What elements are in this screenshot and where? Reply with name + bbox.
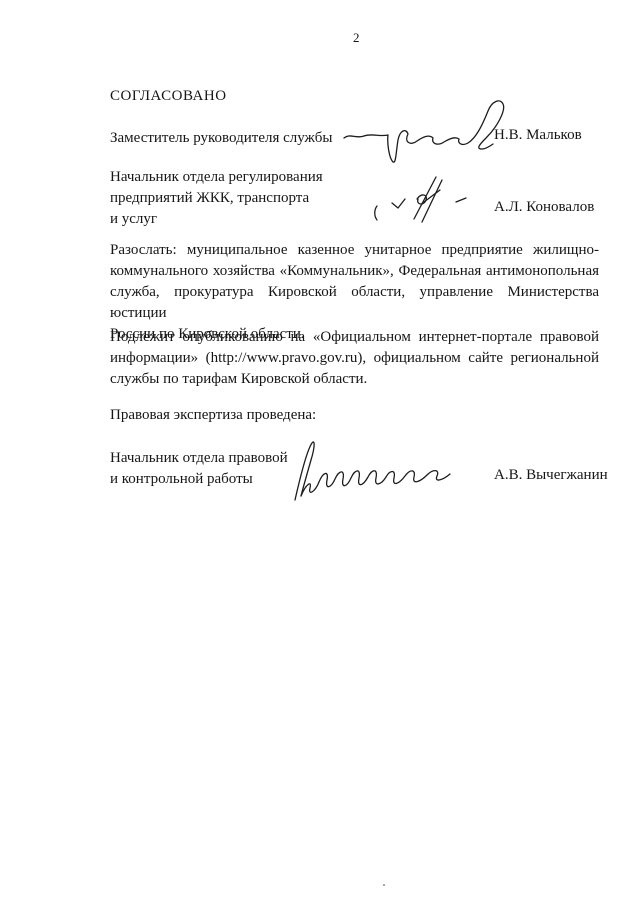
signature-vychegzhanin-icon xyxy=(283,438,461,504)
signatory-title-line: Начальник отдела правовой xyxy=(110,448,288,469)
approval-heading: СОГЛАСОВАНО xyxy=(110,88,227,105)
paragraph-line: Подлежит опубликованию на «Официальном и… xyxy=(110,327,599,348)
signatory-name: А.Л. Коновалов xyxy=(494,199,594,216)
paragraph-line: службы по тарифам Кировской области. xyxy=(110,369,599,390)
document-page: 2 СОГЛАСОВАНО Заместитель руководителя с… xyxy=(0,0,640,905)
signatory-title: Начальник отдела регулирования предприят… xyxy=(110,167,323,230)
signatory-name: А.В. Вычегжанин xyxy=(494,467,608,484)
signatory-title-line: и услуг xyxy=(110,209,323,230)
publication-paragraph: Подлежит опубликованию на «Официальном и… xyxy=(110,327,599,390)
scan-speck xyxy=(383,884,385,886)
paragraph-line: служба, прокуратура Кировской области, у… xyxy=(110,282,599,324)
paragraph-line: Разослать: муниципальное казенное унитар… xyxy=(110,240,599,261)
page-number: 2 xyxy=(353,30,360,46)
paragraph-line: информации» (http://www.pravo.gov.ru), о… xyxy=(110,348,599,369)
legal-review-heading: Правовая экспертиза проведена: xyxy=(110,405,316,426)
signatory-title-line: Заместитель руководителя службы xyxy=(110,128,332,149)
signature-konovalov-icon xyxy=(372,172,476,226)
signatory-title: Начальник отдела правовой и контрольной … xyxy=(110,448,288,490)
signatory-title: Заместитель руководителя службы xyxy=(110,128,332,149)
paragraph-line: коммунального хозяйства «Коммунальник», … xyxy=(110,261,599,282)
signatory-name: Н.В. Мальков xyxy=(494,127,582,144)
signature-malkov-icon xyxy=(340,96,512,170)
signatory-title-line: предприятий ЖКК, транспорта xyxy=(110,188,323,209)
signatory-title-line: Начальник отдела регулирования xyxy=(110,167,323,188)
signatory-title-line: и контрольной работы xyxy=(110,469,288,490)
